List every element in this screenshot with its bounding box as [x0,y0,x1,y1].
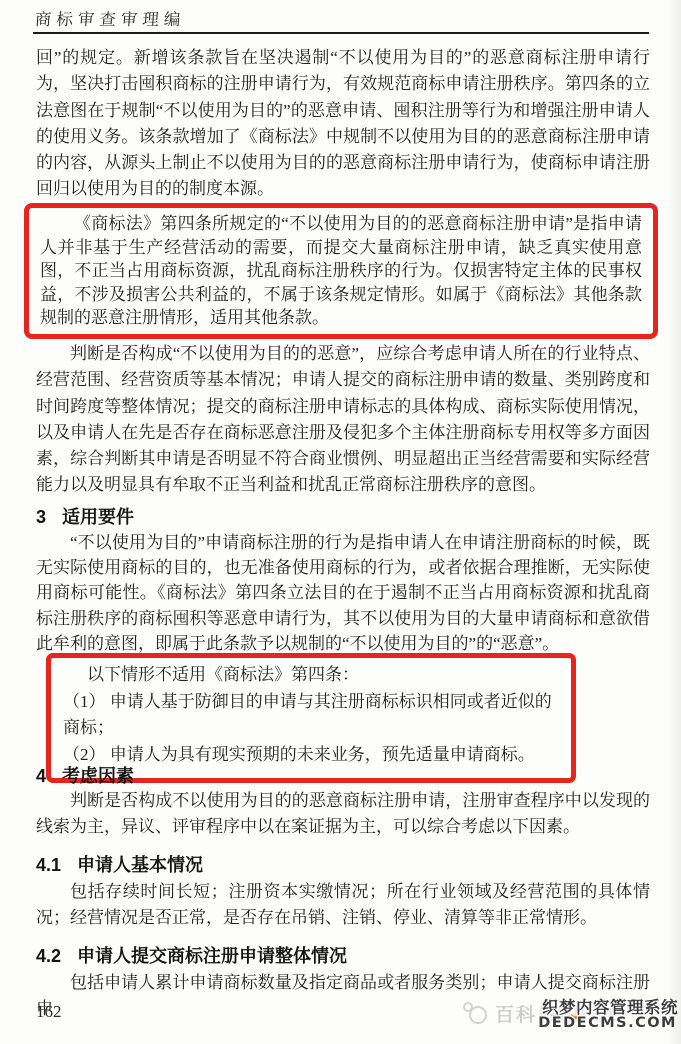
running-head-title: 商标审查审理编 [34,6,186,30]
section-4-2-number: 4.2 [36,946,61,967]
exception-item-1: （1） 申请人基于防御目的申请与其注册商标标识相同或者近似的商标； [61,689,561,742]
paragraph-judgment-factors: 判断是否构成“不以使用为目的的恶意”，应综合考虑申请人所在的行业特点、经营范围、… [36,341,650,499]
exception-item-2: （2） 申请人为具有现实预期的未来业务，预先适量申请商标。 [61,742,561,769]
page-number: 162 [36,1002,62,1022]
section-4-heading: 4 考虑因素 [36,762,134,788]
section-3-heading: 3 适用要件 [36,503,134,529]
section-4-1-title: 申请人基本情况 [77,851,203,877]
scan-edge-shadow [667,0,681,1044]
section-4-2-heading: 4.2 申请人提交商标注册申请整体情况 [36,942,347,968]
header-rule [33,32,649,34]
section-4-1-number: 4.1 [36,855,61,876]
section-3-title: 适用要件 [62,503,134,529]
section-3-number: 3 [36,507,46,528]
panda-logo-icon [463,1002,489,1026]
section-4-title: 考虑因素 [62,762,134,788]
exceptions-intro: 以下情形不适用《商标法》第四条： [61,662,561,689]
logo-circle-small [463,1002,473,1012]
paragraph-applicable-requirements: “不以使用为目的”申请商标注册的行为是指申请人在申请注册商标的时候，既无实际使用… [36,530,650,656]
watermark-gray-text: 百科 [495,1000,537,1027]
book-page: 商标审查审理编 回”的规定。新增该条款旨在坚决遏制“不以使用为目的”的恶意商标注… [0,0,681,1044]
section-4-1-heading: 4.1 申请人基本情况 [36,851,203,877]
paragraph-consideration-factors: 判断是否构成不以使用为目的的恶意商标注册申请，注册审查程序中以发现的线索为主，异… [36,788,650,841]
paragraph-applicant-basic-info: 包括存续时间长短；注册资本实缴情况；所在行业领域及经营范围的具体情况；经营情况是… [36,879,650,932]
paragraph-legislative-intent: 回”的规定。新增该条款旨在坚决遏制“不以使用为目的”的恶意商标注册申请行为，坚决… [36,45,650,203]
section-4-number: 4 [36,766,46,787]
section-4-2-title: 申请人提交商标注册申请整体情况 [77,942,347,968]
watermark-cluster: 百科 织梦内容管理系统 DEDECMS.COM [463,992,678,1040]
highlight-definition-text: 《商标法》第四条所规定的“不以使用为目的的恶意商标注册申请”是指申请人并非基于生… [40,212,642,330]
watermark-dedecms-domain: DEDECMS.COM [538,1015,677,1031]
highlight-box-definition: 《商标法》第四条所规定的“不以使用为目的的恶意商标注册申请”是指申请人并非基于生… [24,203,658,339]
